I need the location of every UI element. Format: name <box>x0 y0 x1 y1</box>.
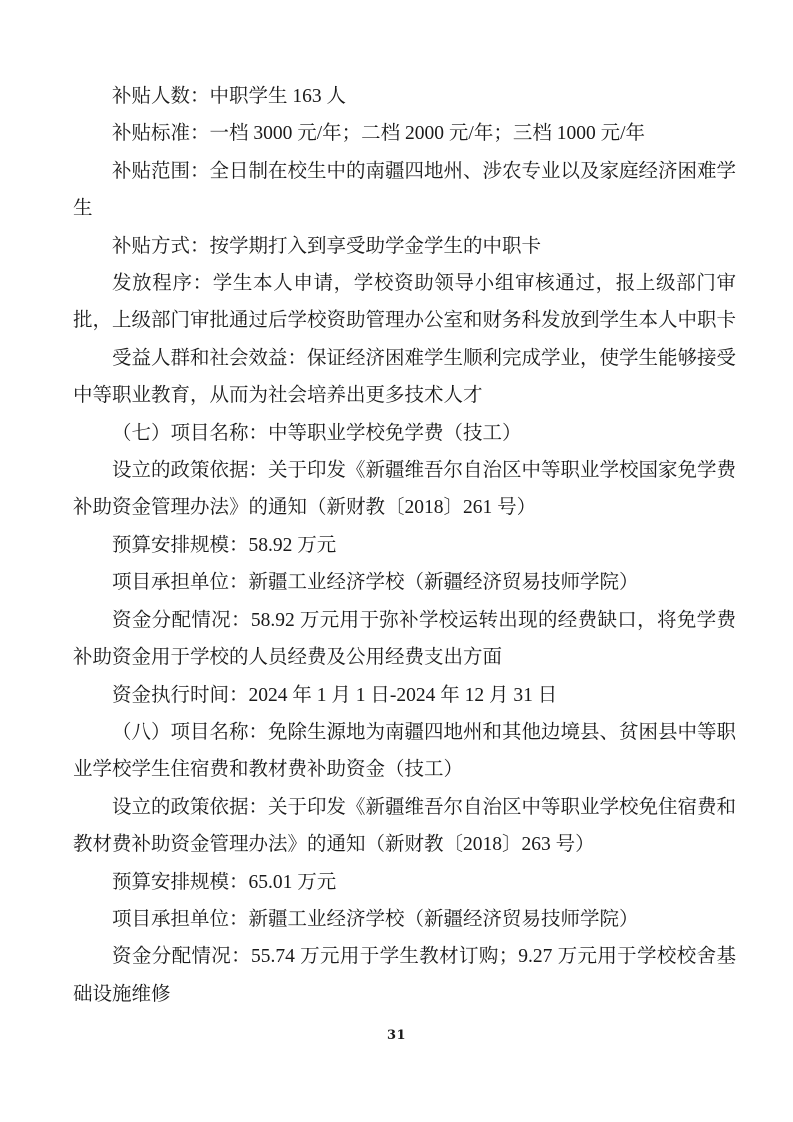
page-footer: 31 <box>0 1026 793 1044</box>
paragraph-subsidy-method: 补贴方式：按学期打入到享受助学金学生的中职卡 <box>73 228 736 265</box>
paragraph-subsidy-scope: 补贴范围：全日制在校生中的南疆四地州、涉农专业以及家庭经济困难学生 <box>73 153 736 228</box>
paragraph-project-8-name: （八）项目名称：免除生源地为南疆四地州和其他边境县、贫困县中等职业学校学生住宿费… <box>73 714 736 789</box>
paragraph-project-7-budget: 预算安排规模：58.92 万元 <box>73 527 736 564</box>
paragraph-project-7-policy-basis: 设立的政策依据：关于印发《新疆维吾尔自治区中等职业学校国家免学费补助资金管理办法… <box>73 452 736 527</box>
document-page: 补贴人数：中职学生 163 人 补贴标准：一档 3000 元/年；二档 2000… <box>0 0 793 1122</box>
paragraph-distribution-procedure: 发放程序：学生本人申请，学校资助领导小组审核通过，报上级部门审批，上级部门审批通… <box>73 265 736 340</box>
document-body: 补贴人数：中职学生 163 人 补贴标准：一档 3000 元/年；二档 2000… <box>73 78 736 1013</box>
paragraph-beneficiaries-effect: 受益人群和社会效益：保证经济困难学生顺利完成学业，使学生能够接受中等职业教育，从… <box>73 340 736 415</box>
page-number: 31 <box>387 1028 406 1043</box>
paragraph-project-8-budget: 预算安排规模：65.01 万元 <box>73 864 736 901</box>
paragraph-project-8-policy-basis: 设立的政策依据：关于印发《新疆维吾尔自治区中等职业学校免住宿费和教材费补助资金管… <box>73 789 736 864</box>
paragraph-project-7-name: （七）项目名称：中等职业学校免学费（技工） <box>73 415 736 452</box>
paragraph-project-7-execution-period: 资金执行时间：2024 年 1 月 1 日-2024 年 12 月 31 日 <box>73 677 736 714</box>
paragraph-project-7-fund-allocation: 资金分配情况：58.92 万元用于弥补学校运转出现的经费缺口，将免学费补助资金用… <box>73 602 736 677</box>
paragraph-project-8-fund-allocation: 资金分配情况：55.74 万元用于学生教材订购；9.27 万元用于学校校舍基础设… <box>73 938 736 1013</box>
paragraph-project-7-undertaking-unit: 项目承担单位：新疆工业经济学校（新疆经济贸易技师学院） <box>73 564 736 601</box>
paragraph-project-8-undertaking-unit: 项目承担单位：新疆工业经济学校（新疆经济贸易技师学院） <box>73 901 736 938</box>
paragraph-subsidy-standard: 补贴标准：一档 3000 元/年；二档 2000 元/年；三档 1000 元/年 <box>73 115 736 152</box>
paragraph-subsidy-count: 补贴人数：中职学生 163 人 <box>73 78 736 115</box>
